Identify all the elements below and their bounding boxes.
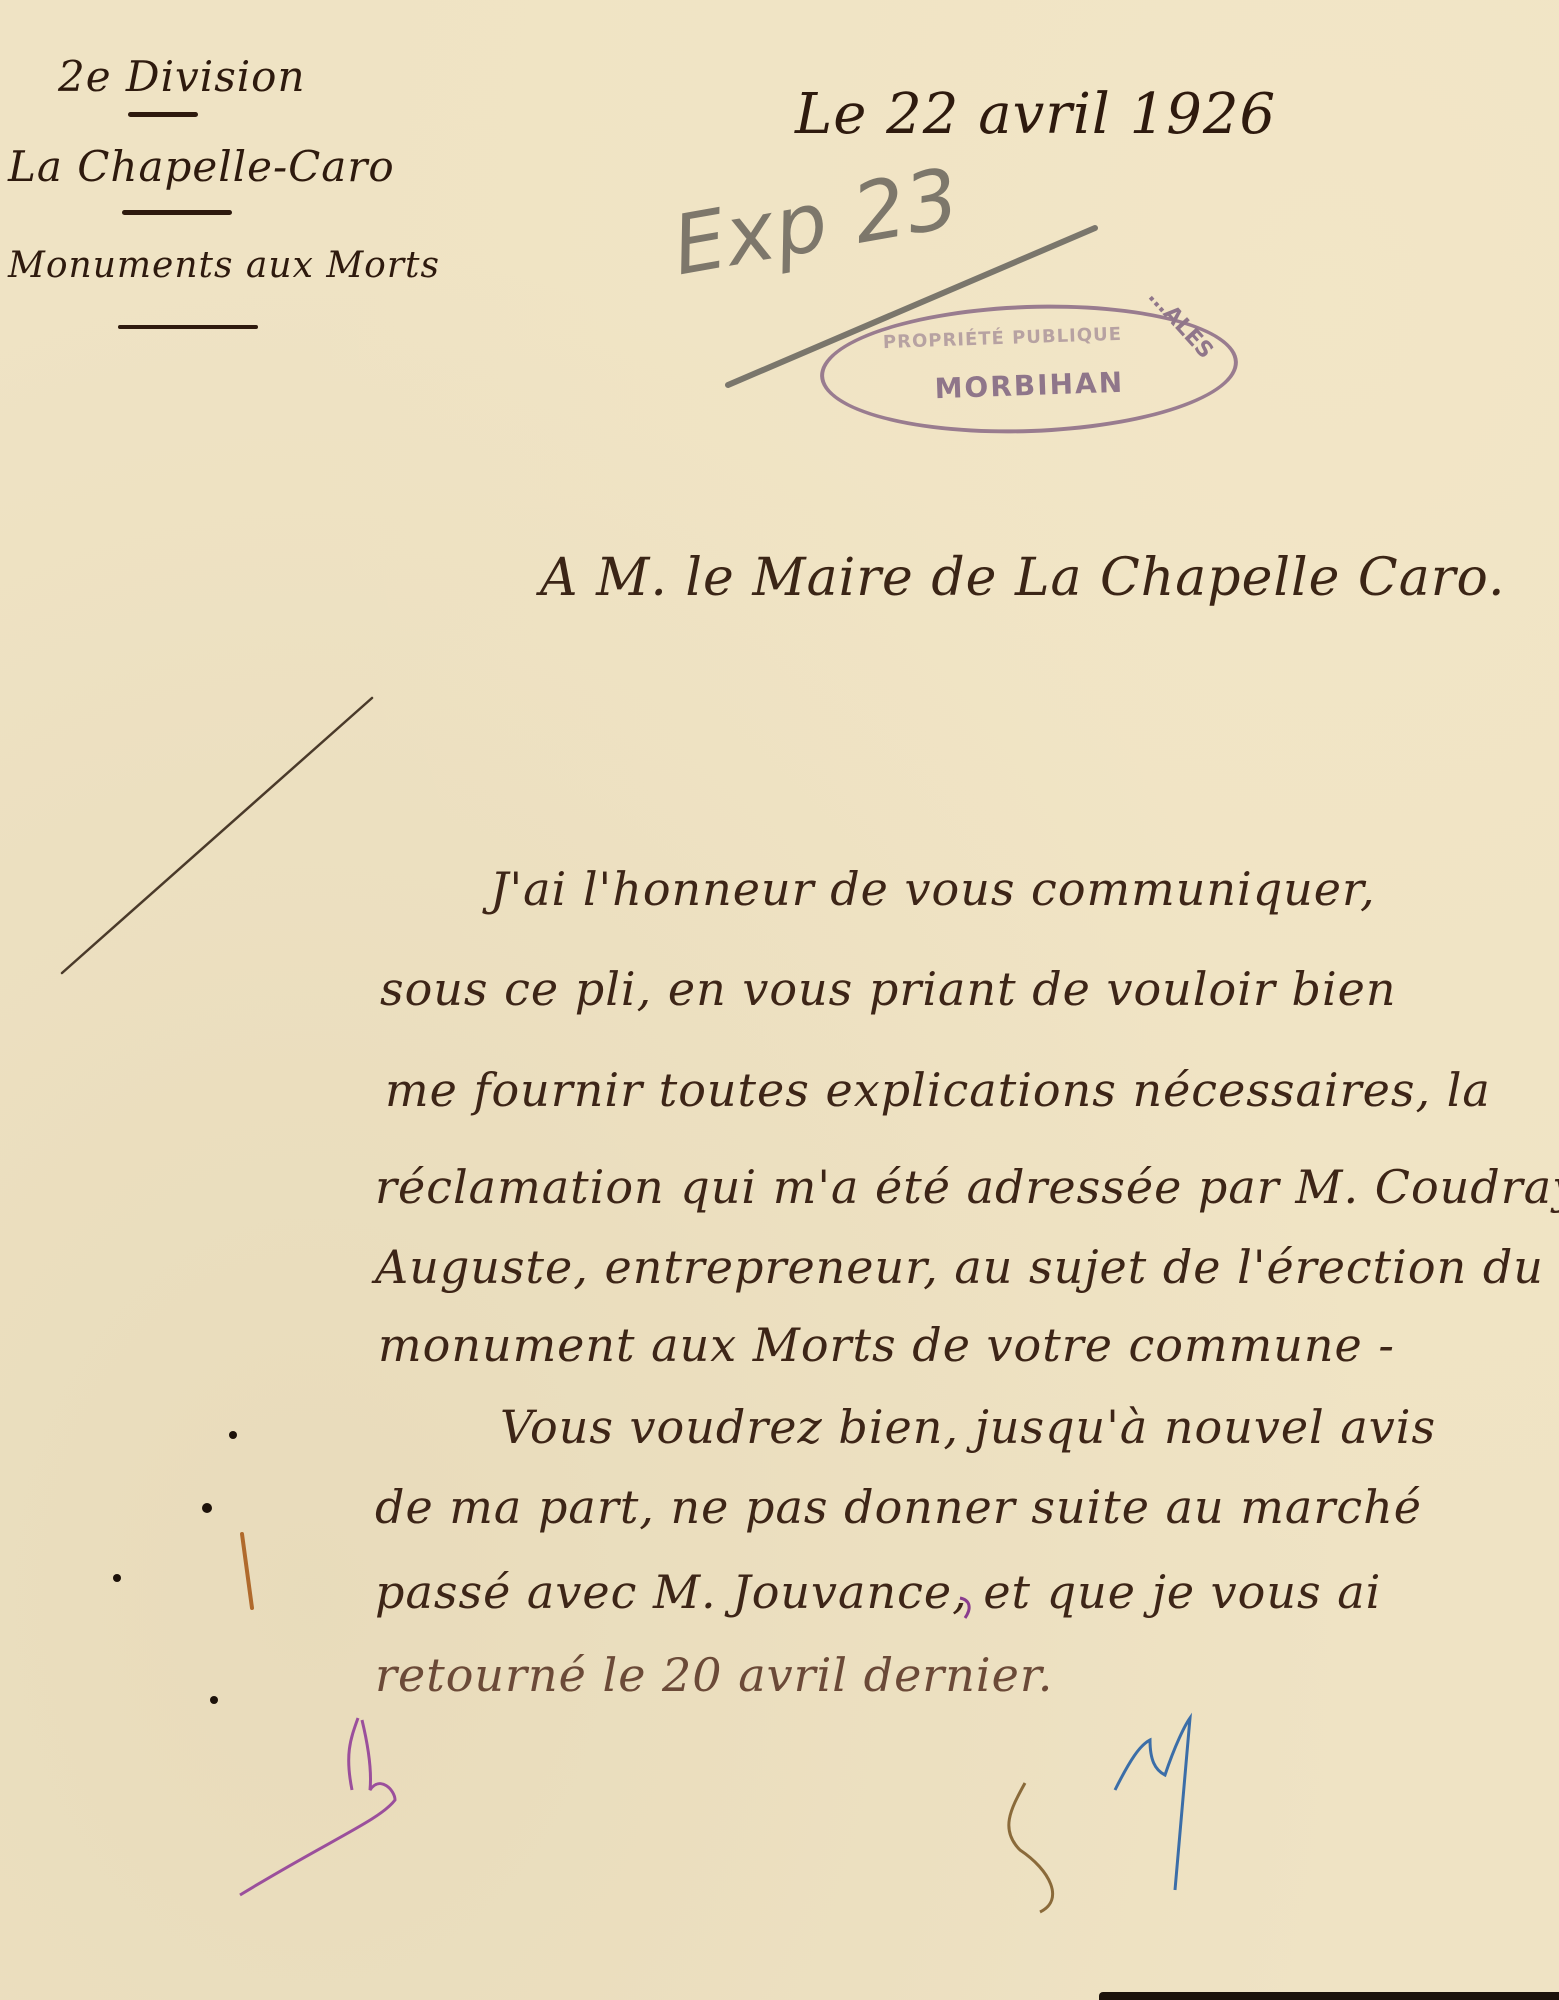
margin-diagonal-line [62,698,372,973]
pin-hole [229,1431,237,1439]
pen-strokes [0,0,1559,2000]
purple-initial-icon [240,1718,395,1895]
rust-stain [242,1534,252,1608]
pencil-strike-line [728,228,1095,385]
pin-hole [202,1503,212,1513]
pin-hole [113,1574,121,1582]
page-edge-shadow [1099,1992,1559,2000]
brown-initial-icon [1009,1783,1053,1912]
pin-hole [210,1696,218,1704]
purple-correction-mark [960,1598,969,1618]
blue-initial-icon [1115,1718,1190,1890]
